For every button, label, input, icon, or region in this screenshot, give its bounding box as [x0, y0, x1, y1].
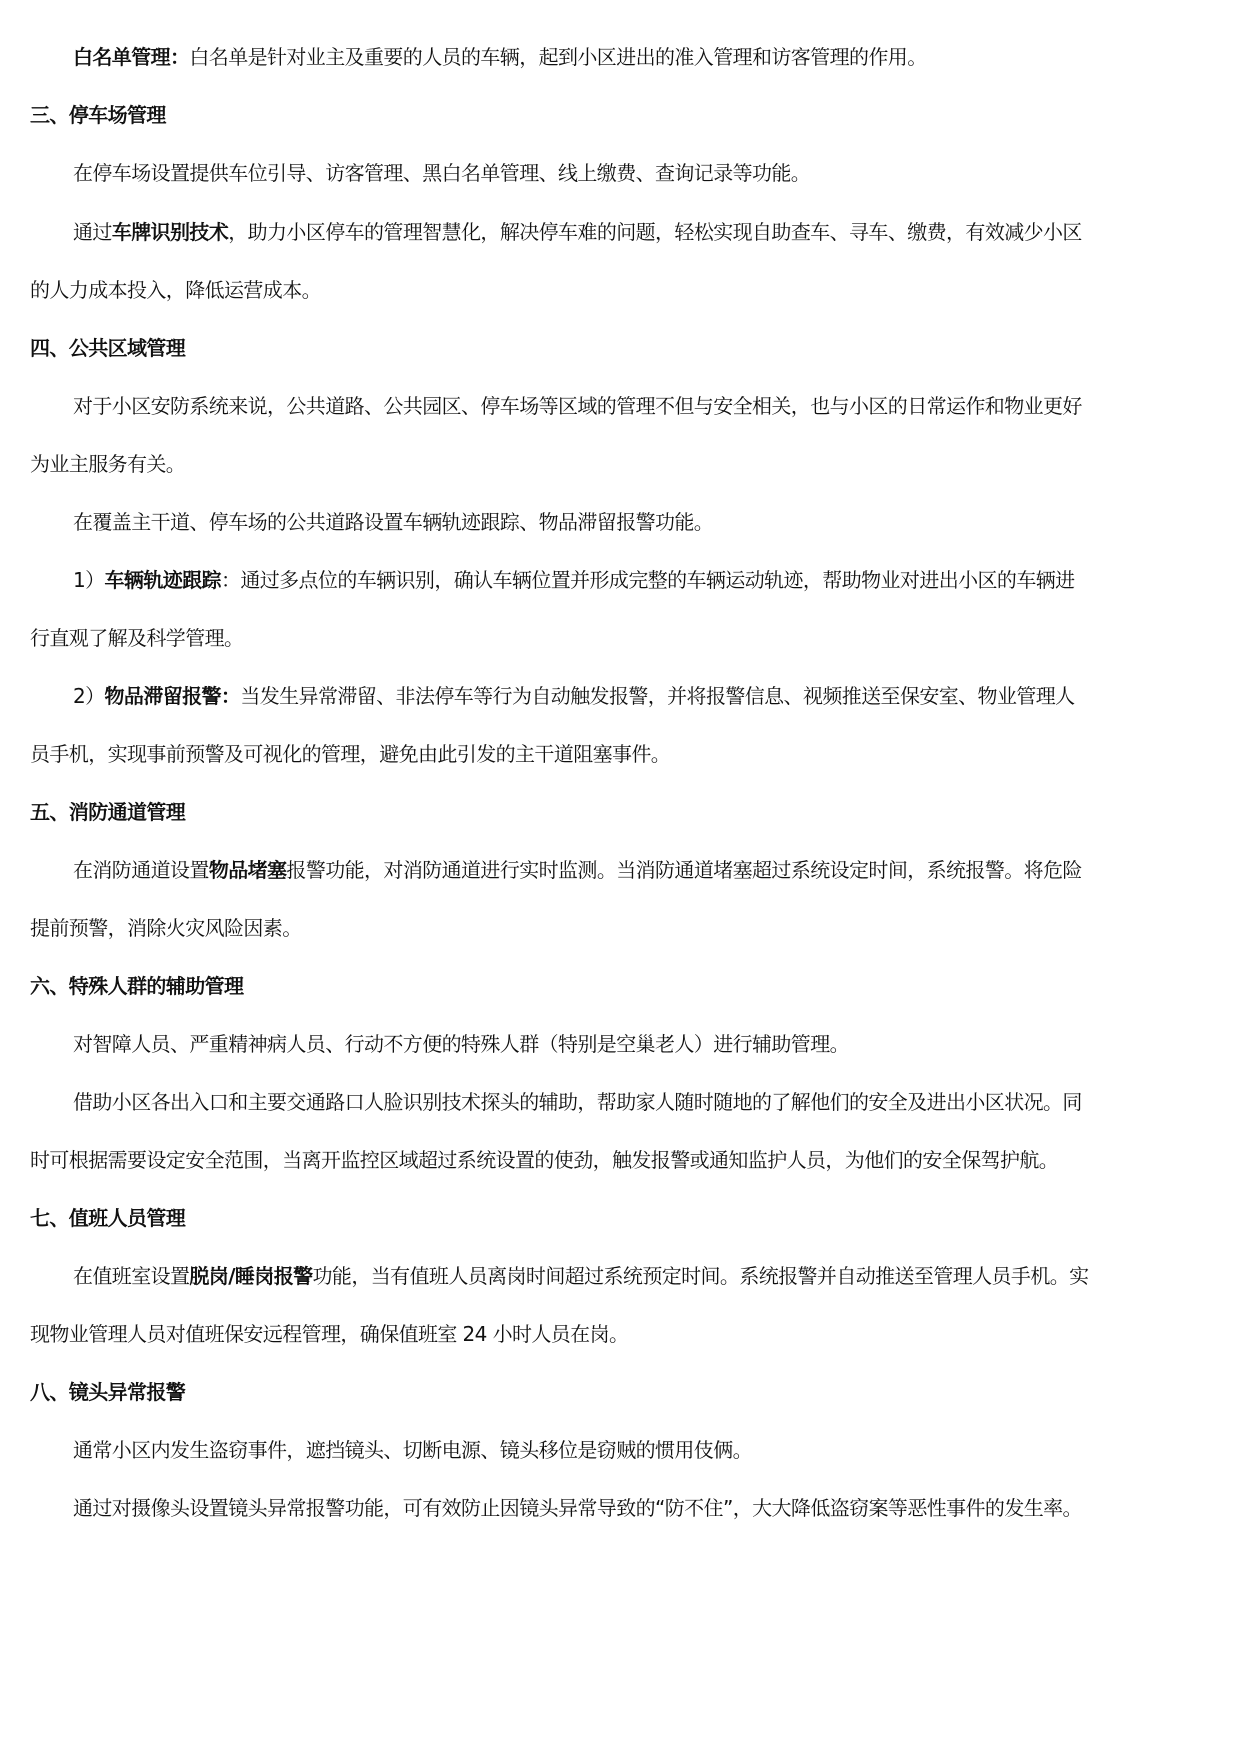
fire-paragraph-1: 在消防通道设置物品堵塞报警功能，对消防通道进行实时监测。当消防通道堵塞超过系统设…: [73, 858, 1241, 882]
heading-parking: 三、停车场管理: [30, 103, 1220, 127]
special-paragraph-1: 对智障人员、严重精神病人员、行动不方便的特殊人群（特别是空巢老人）进行辅助管理。: [73, 1032, 1241, 1056]
duty-paragraph-1-cont: 现物业管理人员对值班保安远程管理，确保值班室 24 小时人员在岗。: [30, 1322, 1220, 1346]
document-page: 白名单管理：白名单是针对业主及重要的人员的车辆，起到小区进出的准入管理和访客管理…: [0, 0, 1241, 1755]
whitelist-paragraph: 白名单管理：白名单是针对业主及重要的人员的车辆，起到小区进出的准入管理和访客管理…: [73, 45, 1241, 69]
public-paragraph-1-cont: 为业主服务有关。: [30, 452, 1220, 476]
public-item-1: 1）车辆轨迹跟踪：通过多点位的车辆识别，确认车辆位置并形成完整的车辆运动轨迹，帮…: [73, 568, 1241, 592]
public-item-2-cont: 员手机，实现事前预警及可视化的管理，避免由此引发的主干道阻塞事件。: [30, 742, 1220, 766]
public-item-2: 2）物品滞留报警：当发生异常滞留、非法停车等行为自动触发报警，并将报警信息、视频…: [73, 684, 1241, 708]
parking-paragraph-2: 通过车牌识别技术，助力小区停车的管理智慧化，解决停车难的问题，轻松实现自助查车、…: [73, 220, 1241, 244]
parking-paragraph-1: 在停车场设置提供车位引导、访客管理、黑白名单管理、线上缴费、查询记录等功能。: [73, 161, 1241, 185]
public-paragraph-1: 对于小区安防系统来说，公共道路、公共园区、停车场等区域的管理不但与安全相关，也与…: [73, 394, 1241, 418]
parking-paragraph-2-cont: 的人力成本投入，降低运营成本。: [30, 278, 1220, 302]
heading-special-groups: 六、特殊人群的辅助管理: [30, 974, 1220, 998]
lens-paragraph-2: 通过对摄像头设置镜头异常报警功能，可有效防止因镜头异常导致的“防不住”，大大降低…: [73, 1496, 1241, 1520]
fire-paragraph-1-cont: 提前预警，消除火灾风险因素。: [30, 916, 1220, 940]
whitelist-term: 白名单管理：: [73, 45, 189, 69]
duty-paragraph-1: 在值班室设置脱岗/睡岗报警功能，当有值班人员离岗时间超过系统预定时间。系统报警并…: [73, 1264, 1241, 1288]
heading-fire-passage: 五、消防通道管理: [30, 800, 1220, 824]
heading-duty-staff: 七、值班人员管理: [30, 1206, 1220, 1230]
heading-lens-alarm: 八、镜头异常报警: [30, 1380, 1220, 1404]
public-item-1-cont: 行直观了解及科学管理。: [30, 626, 1220, 650]
lens-paragraph-1: 通常小区内发生盗窃事件，遮挡镜头、切断电源、镜头移位是窃贼的惯用伎俩。: [73, 1438, 1241, 1462]
special-paragraph-2: 借助小区各出入口和主要交通路口人脸识别技术探头的辅助，帮助家人随时随地的了解他们…: [73, 1090, 1241, 1114]
special-paragraph-2-cont: 时可根据需要设定安全范围，当离开监控区域超过系统设置的使劲，触发报警或通知监护人…: [30, 1148, 1220, 1172]
heading-public-area: 四、公共区域管理: [30, 336, 1220, 360]
public-paragraph-2: 在覆盖主干道、停车场的公共道路设置车辆轨迹跟踪、物品滞留报警功能。: [73, 510, 1241, 534]
